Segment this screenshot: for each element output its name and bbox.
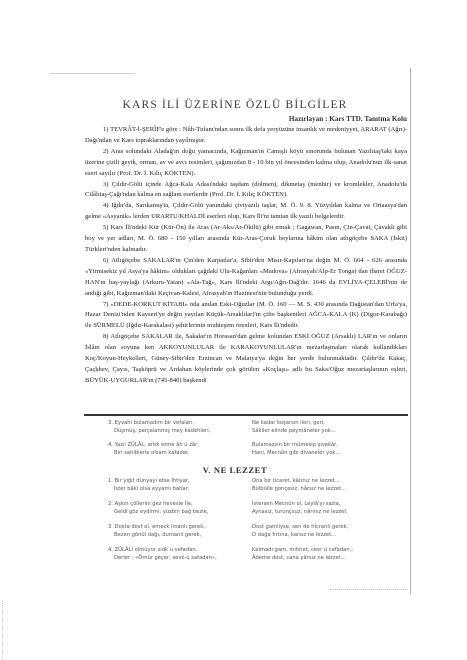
stanza: Bulamazsın bir mümesip şivekâr, Hani, Me… (252, 442, 340, 457)
paragraph-2: 2) Aras solundaki Aladağ'ın doğu yamacın… (85, 147, 407, 180)
verse-line: Âdeme dost, cana yârsız ne lezzet... (252, 555, 353, 563)
poem-right-column: Ona bir ticaret, kârınız ne lezzet... Bü… (252, 478, 353, 570)
scan-artifact-dots (330, 589, 408, 591)
verse-line: 1. Bir yiğit dünyayı etse İhtiyar, (108, 478, 217, 486)
stanza: 4. ZÜLÂLİ olmuyor sıdk u vefadan, Derler… (108, 547, 217, 562)
poem-left-column: 1. Bir yiğit dünyayı etse İhtiyar, İster… (108, 478, 217, 570)
stanza: 3. Dosta dost ol, emeck imanlı gerek, Be… (108, 524, 217, 539)
stanza: 1. Bir yiğit dünyayı etse İhtiyar, İster… (108, 478, 217, 493)
verse-line: Hani, Mecnûn gibi divaneler yok... (252, 450, 340, 458)
poem-fragment-left: 3. Eyvahl bulamadım bir vefaları, Düşmüş… (108, 420, 210, 464)
verse-line: O dağa fırtına, karsız ne lezzet... (252, 532, 353, 540)
stanza: Ne kadar koşarsın ileri, geri, Sâkiler e… (252, 420, 340, 435)
verse-line: Ne kadar koşarsın ileri, geri, (252, 420, 340, 428)
paragraph-8: 8) Atlıgöçebe SAKALAR ile, Sakalar'ın Ho… (85, 332, 407, 387)
verse-line: 3. Eyvahl bulamadım bir vefaları, (108, 420, 210, 428)
verse-line: Derler : «Ömür geçer, sevk-u safadan», (108, 555, 217, 563)
scan-artifact-edge (2, 600, 5, 660)
verse-line: Bülbülle gonçesiz, hârsız ne lezzet... (252, 486, 353, 494)
paragraph-3: 3) Çıldır-Gölü içinde Ağca-Kala Adası'nd… (85, 180, 407, 202)
verse-line: Bulamazsın bir mümesip şivekâr, (252, 442, 340, 450)
verse-line: Bezen gönül dağı, dumanlı gerek, (108, 532, 217, 540)
paragraph-5: 5) Kars İli'ndeki Kür (Kür-Ön) ile Aras … (85, 223, 407, 256)
verse-line: Sâkiler elinde peymâneler yok... (252, 428, 340, 436)
poem-fragment-right: Ne kadar koşarsın ileri, geri, Sâkiler e… (252, 420, 340, 464)
scanned-page: KARS İLİ ÜZERİNE ÖZLÜ BİLGİLER Hazırlaya… (0, 0, 467, 660)
paragraph-1: 1) TEVRÂT-İ-ŞERÎF'e göre : Nûh-Tufanı'nd… (85, 125, 407, 147)
verse-line: İstersen Mecnûn ol, Leylâ'yı sazla, (252, 501, 353, 509)
verse-line: Kalmadı gam, mihnet, cevr ü cefadan ; (252, 547, 353, 555)
stanza: 3. Eyvahl bulamadım bir vefaları, Düşmüş… (108, 420, 210, 435)
stanza: 4. Yazıl ZÜLÂL, artık etme âh ü zâr, Bir… (108, 442, 210, 457)
stanza: Kalmadı gam, mihnet, cevr ü cefadan ; Âd… (252, 547, 353, 562)
section-divider (84, 414, 408, 416)
verse-line: 4. Yazıl ZÜLÂL, artık etme âh ü zâr, (108, 442, 210, 450)
paragraph-7: 7) «DEDE-KORKUT KİTABI» nda anılan Eski-… (85, 300, 407, 333)
verse-line: Düşmüş, parçalanmış mey kadehleri, (108, 428, 210, 436)
paragraph-6: 6) Atlıgöçebe SAKALAR'ın Çin'den Karpatl… (85, 256, 407, 300)
verse-line: Aynasız, turunçsuz, nârınız ne lezzet (252, 509, 353, 517)
verse-line: Geldi göz eydirmi, yüzbin bağ bezle, (108, 509, 217, 517)
stanza: Dost gamliyse, sen de hicranlı gerek, O … (252, 524, 353, 539)
paragraph-4: 4) Iğdır'da, Sarıkamış'ta, Çıldır-Gölü y… (85, 201, 407, 223)
verse-line: Ona bir ticaret, kârınız ne lezzet... (252, 478, 353, 486)
verse-line: Biri sahiblerle olsam kafadar, (108, 450, 210, 458)
page-title: KARS İLİ ÜZERİNE ÖZLÜ BİLGİLER (60, 99, 410, 111)
stanza: 2. Aşkın çöllerini gez hevesle İle, Geld… (108, 501, 217, 516)
verse-line: 3. Dosta dost ol, emeck imanlı gerek, (108, 524, 217, 532)
section-title: V. NE LEZZET (60, 465, 410, 475)
article-body: 1) TEVRÂT-İ-ŞERÎF'e göre : Nûh-Tufanı'nd… (85, 125, 407, 387)
verse-line: 2. Aşkın çöllerini gez hevesle İle, (108, 501, 217, 509)
verse-line: Dost gamliyse, sen de hicranlı gerek, (252, 524, 353, 532)
attribution: Hazırlayan : Kars TTD. Tanıtma Kolu (289, 115, 407, 123)
verse-line: 4. ZÜLÂLİ olmuyor sıdk u vefadan, (108, 547, 217, 555)
stanza: İstersen Mecnûn ol, Leylâ'yı sazla, Ayna… (252, 501, 353, 516)
verse-line: İster bâki olsa eyyamı bahar, (108, 486, 217, 494)
scan-artifact-rule (50, 73, 135, 74)
stanza: Ona bir ticaret, kârınız ne lezzet... Bü… (252, 478, 353, 493)
margin-line (410, 68, 411, 595)
